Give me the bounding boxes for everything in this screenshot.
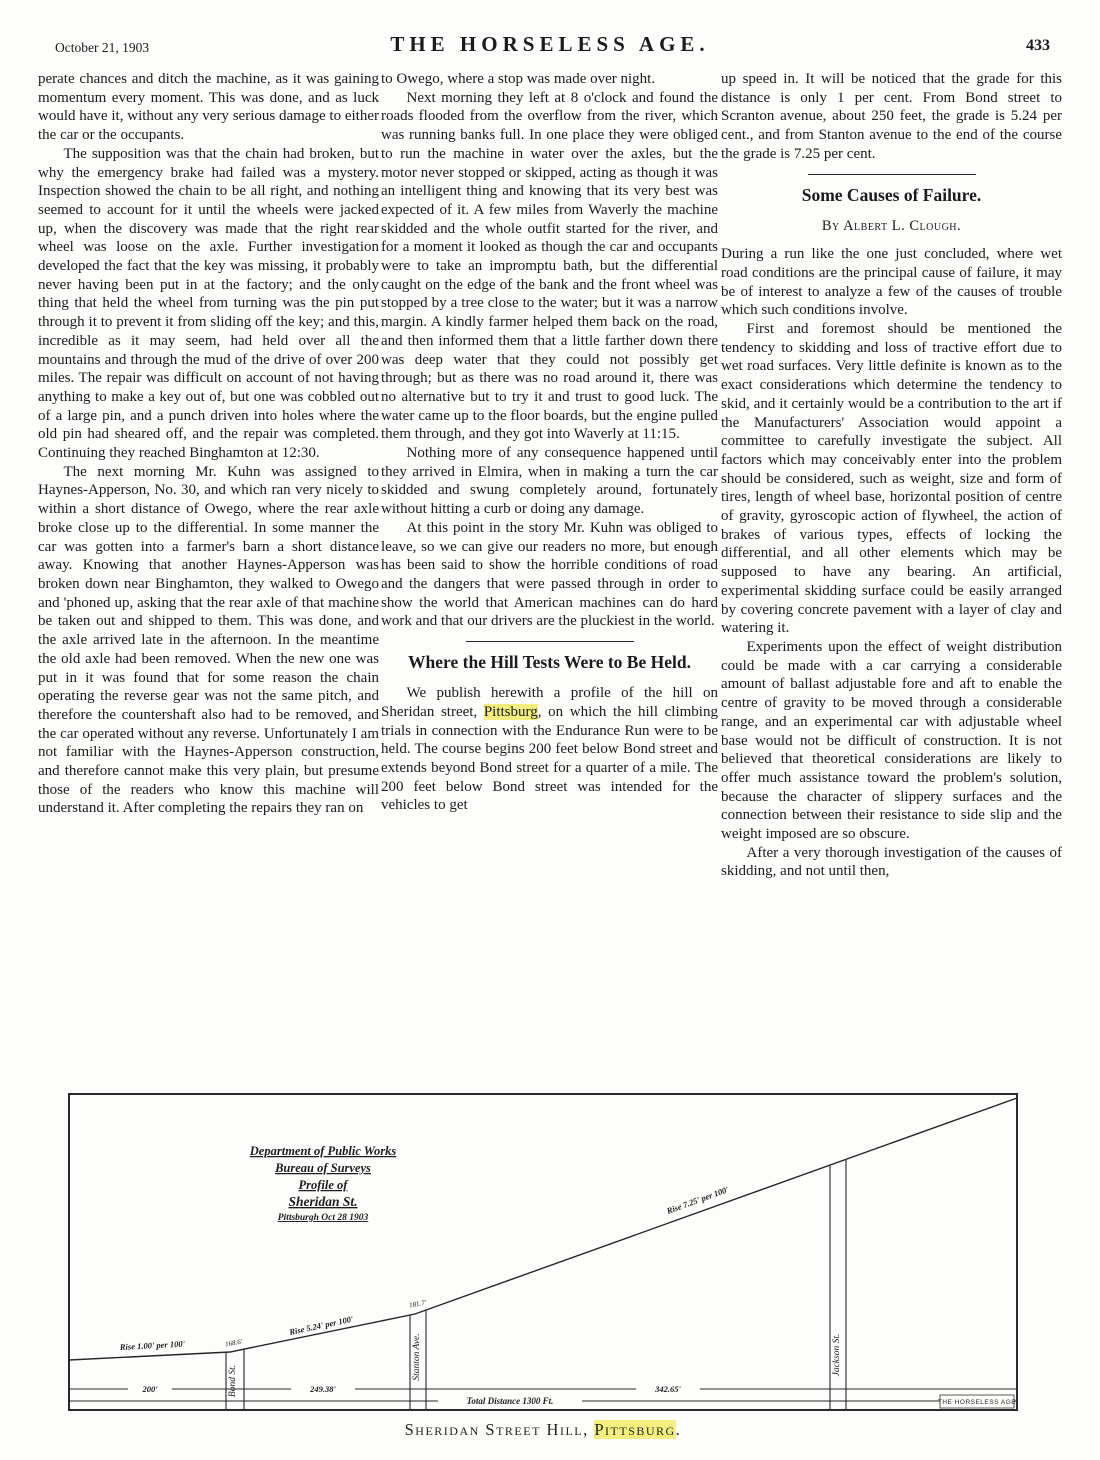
paragraph: Nothing more of any consequence happened… — [381, 444, 718, 519]
street-label-bond: Bond St. — [228, 1365, 238, 1397]
paragraph: up speed in. It will be noticed that the… — [721, 70, 1062, 164]
elevation-label-stanton: 181.7' — [408, 1299, 427, 1310]
hill-profile-svg: Department of Public Works Bureau of Sur… — [68, 1093, 1018, 1411]
slope-label-725: Rise 7.25' per 100' — [664, 1184, 730, 1216]
caption-text: . — [676, 1420, 682, 1439]
street-label-stanton: Stanton Ave. — [412, 1333, 422, 1380]
elevation-label-bond: 168.6' — [224, 1338, 243, 1349]
page-number: 433 — [1026, 37, 1050, 55]
diagram-title-line: Bureau of Surveys — [274, 1161, 371, 1175]
distance-label-200: 200' — [141, 1384, 158, 1394]
profile-line — [69, 1098, 1017, 1360]
total-distance-label: Total Distance 1300 Ft. — [467, 1396, 554, 1406]
street-label-jackson: Jackson St. — [832, 1334, 842, 1377]
section-divider — [466, 641, 634, 642]
paragraph: Experiments upon the effect of weight di… — [721, 638, 1062, 844]
paragraph: Next morning they left at 8 o'clock and … — [381, 89, 718, 444]
paragraph: The supposition was that the chain had b… — [38, 145, 379, 463]
section-heading-hill-tests: Where the Hill Tests Were to Be Held. — [381, 651, 718, 674]
slope-label-1pct: Rise 1.00' per 100' — [119, 1339, 186, 1352]
column-3: up speed in. It will be noticed that the… — [721, 70, 1062, 881]
highlighted-text-pittsburg: Pittsburg — [484, 704, 538, 720]
diagram-title-line: Sheridan St. — [288, 1194, 357, 1209]
paragraph: We publish herewith a profile of the hil… — [381, 684, 718, 815]
paragraph: First and foremost should be mentioned t… — [721, 320, 1062, 638]
magazine-page: October 21, 1903 THE HORSELESS AGE. 433 … — [0, 0, 1100, 1460]
column-2: to Owego, where a stop was made over nig… — [381, 70, 718, 815]
paragraph: perate chances and ditch the machine, as… — [38, 70, 379, 145]
diagram-title-line: Department of Public Works — [249, 1144, 397, 1158]
byline: By Albert L. Clough. — [721, 217, 1062, 236]
caption-highlight-pittsburg: Pittsburg — [594, 1420, 675, 1439]
page-title: THE HORSELESS AGE. — [0, 32, 1100, 57]
publisher-stamp: THE HORSELESS AGE — [938, 1399, 1016, 1406]
paragraph: During a run like the one just concluded… — [721, 245, 1062, 320]
diagram-caption: Sheridan Street Hill, Pittsburg. — [68, 1420, 1018, 1440]
paragraph: The next morning Mr. Kuhn was assigned t… — [38, 463, 379, 818]
paragraph: After a very thorough investigation of t… — [721, 844, 1062, 881]
diagram-border — [69, 1094, 1017, 1410]
paragraph: to Owego, where a stop was made over nig… — [381, 70, 718, 89]
paragraph: At this point in the story Mr. Kuhn was … — [381, 519, 718, 631]
diagram-title-line: Pittsburgh Oct 28 1903 — [278, 1213, 369, 1223]
section-heading-causes-of-failure: Some Causes of Failure. — [721, 184, 1062, 207]
diagram-title-block: Department of Public Works Bureau of Sur… — [249, 1144, 397, 1223]
column-1: perate chances and ditch the machine, as… — [38, 70, 379, 818]
section-divider — [808, 174, 976, 175]
distance-label-24938: 249.38' — [309, 1384, 336, 1394]
distance-label-34265: 342.65' — [654, 1384, 681, 1394]
paragraph-text: , on which the hill climbing trials in c… — [381, 704, 718, 814]
caption-text: Sheridan Street Hill, — [405, 1420, 595, 1439]
hill-profile-diagram: Department of Public Works Bureau of Sur… — [68, 1093, 1018, 1411]
diagram-title-line: Profile of — [299, 1178, 350, 1192]
